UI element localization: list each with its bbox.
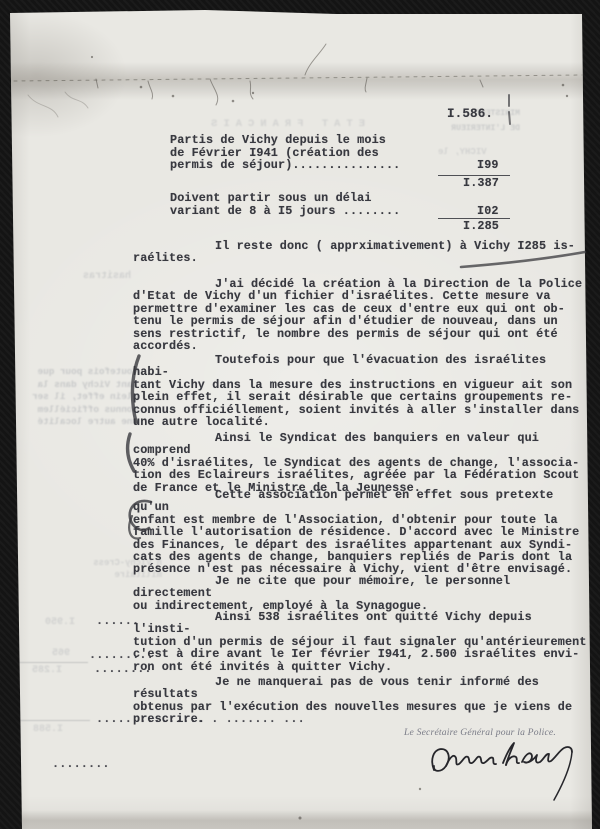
dotted-line-4: ..... ......... . ....... ... [96,713,305,725]
stat1-label-line1: Partis de Vichy depuis le mois [170,134,386,146]
bleedthrough-number-1: I.950 [45,617,75,628]
stat1-total: I.387 [463,177,499,189]
paragraph-remaining-count: Il reste donc ( apprximativement) à Vich… [133,240,588,265]
paper-crease-top [0,62,600,100]
stat1-label-line3: permis de séjour)............... [170,159,400,171]
photo-background: MINISTERE DE L'INTERIEUR ETAT FRANCAIS V… [0,0,600,829]
stat2-total: I.285 [463,220,499,232]
bleedthrough-number-3: I.285 [32,665,62,676]
bleedthrough-number-2: 965 [52,648,70,659]
paragraph-evacuation: Toutefois pour que l'évacuation des isra… [133,354,588,428]
stat2-label-line1: Doivent partir sous un délai [170,192,372,204]
bleedthrough-vichy-le: VICHY, le [438,147,487,157]
stat2-label-line2: variant de 8 à I5 jours ........ [170,205,400,217]
dotted-line-1: ...... [96,615,139,627]
paragraph-syndicats: Ainsi le Syndicat des banquiers en valeu… [133,432,588,494]
paragraph-fichier-decision: J'ai décidé la création à la Direction d… [133,278,588,352]
document-page: MINISTERE DE L'INTERIEUR ETAT FRANCAIS V… [0,0,600,829]
paragraph-synagogue: Je ne cite que pour mémoire, le personne… [133,575,588,612]
stat2-value: I02 [477,205,499,217]
bleedthrough-paragraph: Toutefois pour que tant Vichy dans la pl… [6,366,138,429]
dotted-line-5: ........ [52,758,110,770]
bleedthrough-number-4: I.588 [33,724,63,735]
stat1-value: I99 [477,159,499,171]
bleedthrough-rule-1 [18,662,88,663]
paragraph-departures: Ainsi 538 israélites ont quitté Vichy de… [133,611,588,673]
paragraph-association: Cette association permet en effet sous p… [133,489,588,576]
bleedthrough-etat-francais: ETAT FRANCAIS [150,118,365,130]
dotted-line-2: ......... [89,649,154,661]
bleedthrough-rule-2 [20,720,90,721]
paper-crease-bottom [0,810,600,829]
bleedthrough-word: hasitras [83,271,131,282]
reference-number: I.586. [447,108,493,120]
dotted-line-3: ........ [94,663,152,675]
signatory-title-stamp: Le Secrétaire Général pour la Police. [404,727,584,738]
